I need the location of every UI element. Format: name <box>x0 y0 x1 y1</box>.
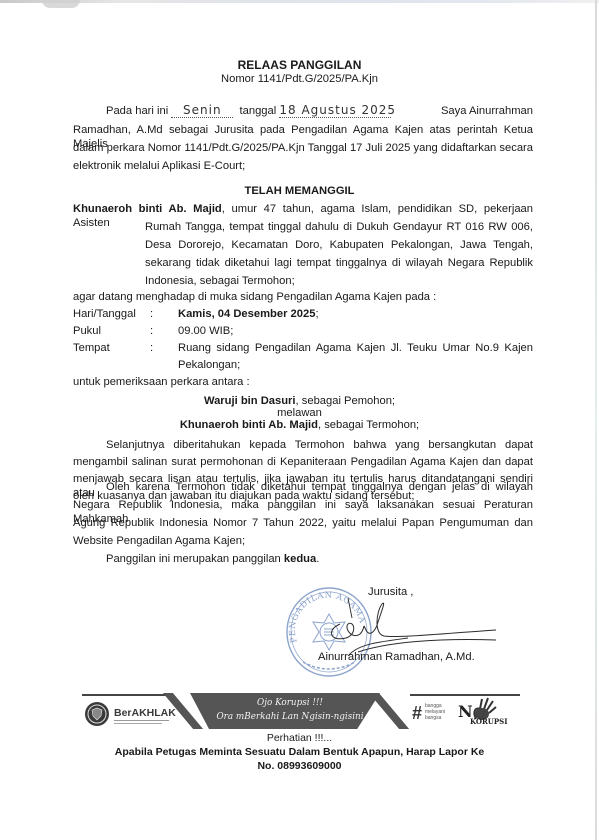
selanjutnya-line-2: mengambil salinan surat permohonan di Ke… <box>73 455 533 469</box>
opening-line-3: dalam perkara Nomor 1141/Pdt.G/2025/PA.K… <box>73 141 533 155</box>
schedule-value: Kamis, 04 Desember 2025; <box>178 307 319 321</box>
termohon-line-2: Rumah Tangga, tempat tinggal dahulu di D… <box>145 220 533 234</box>
schedule-colon: : <box>150 307 153 321</box>
schedule-colon: : <box>150 341 153 355</box>
no-korupsi-text: KORUPSI <box>470 717 508 726</box>
oleh-karena-line-3: Agung Republik Indonesia Nomor 7 Tahun 2… <box>73 516 533 530</box>
berakhlak-subtext <box>114 723 162 724</box>
schedule-label: Hari/Tanggal <box>73 307 136 321</box>
telah-memanggil-heading: TELAH MEMANGGIL <box>0 184 599 198</box>
banner-slash <box>369 693 409 729</box>
party-termohon: Khunaeroh binti Ab. Majid, sebagai Termo… <box>0 418 599 432</box>
banner-line-left <box>82 694 170 696</box>
schedule-value: 09.00 WIB; <box>178 324 233 338</box>
banner-line-right <box>410 694 520 696</box>
opening-prefix: Pada hari ini <box>106 105 168 117</box>
untuk-pemeriksaan: untuk pemeriksaan perkara antara : <box>73 375 250 389</box>
schedule-label: Tempat <box>73 341 110 355</box>
schedule-label: Pukul <box>73 324 101 338</box>
oleh-karena-line-4: Website Pengadilan Agama Kajen; <box>73 534 245 548</box>
document-title: RELAAS PANGGILAN <box>0 58 599 72</box>
opening-line-4: elektronik melalui Aplikasi E-Court; <box>73 159 245 173</box>
report-phone: No. 08993609000 <box>0 759 599 773</box>
berakhlak-emblem-icon <box>84 701 110 727</box>
panggilan-kedua: Panggilan ini merupakan panggilan kedua. <box>106 552 319 566</box>
termohon-line-4: sekarang tidak diketahui lagi tempat tin… <box>145 256 533 270</box>
document-number: Nomor 1141/Pdt.G/2025/PA.Kjn <box>0 72 599 86</box>
slogan-line-2: Ora mBerkahi Lan Ngisin-ngisini <box>210 712 370 723</box>
bangga-melayani-bangsa: banggamelayanibangsa <box>425 703 445 721</box>
selanjutnya-line-1: Selanjutnya diberitahukan kepada Termoho… <box>106 438 533 452</box>
signer-name: Ainurrahman Ramadhan, A.Md. <box>318 650 475 664</box>
hashtag-icon: # <box>412 703 422 724</box>
oleh-karena-line-1: Oleh karena Termohon tidak diketahui tem… <box>106 480 533 494</box>
handwritten-day: Senin <box>171 104 233 118</box>
termohon-line-3: Desa Dororejo, Kecamatan Doro, Kabupaten… <box>145 238 533 252</box>
handwritten-date: 18 Agustus 2025 <box>279 104 391 118</box>
berakhlak-logo-text: BerAKHLAK <box>114 707 176 719</box>
opening-line-1: Pada hari ini Senin tanggal 18 Agustus 2… <box>106 104 533 118</box>
agar-datang: agar datang menghadap di muka sidang Pen… <box>73 290 436 304</box>
termohon-line-5: Indonesia, sebagai Termohon; <box>145 274 295 288</box>
relaas-document: RELAAS PANGGILAN Nomor 1141/Pdt.G/2025/P… <box>0 0 599 840</box>
warning-text: Apabila Petugas Meminta Sesuatu Dalam Be… <box>0 745 599 759</box>
opening-suffix: Saya Ainurrahman <box>441 104 533 118</box>
schedule-colon: : <box>150 324 153 338</box>
perhatian: Perhatian !!!... <box>0 731 599 745</box>
schedule-value: Ruang sidang Pengadilan Agama Kajen Jl. … <box>178 341 533 355</box>
opening-mid: tanggal <box>240 105 277 117</box>
schedule-value-cont: Pekalongan; <box>178 358 240 372</box>
berakhlak-subtext <box>114 720 169 721</box>
slogan-line-1: Ojo Korupsi !!! <box>210 698 370 709</box>
termohon-name: Khunaeroh binti Ab. Majid <box>73 203 222 215</box>
